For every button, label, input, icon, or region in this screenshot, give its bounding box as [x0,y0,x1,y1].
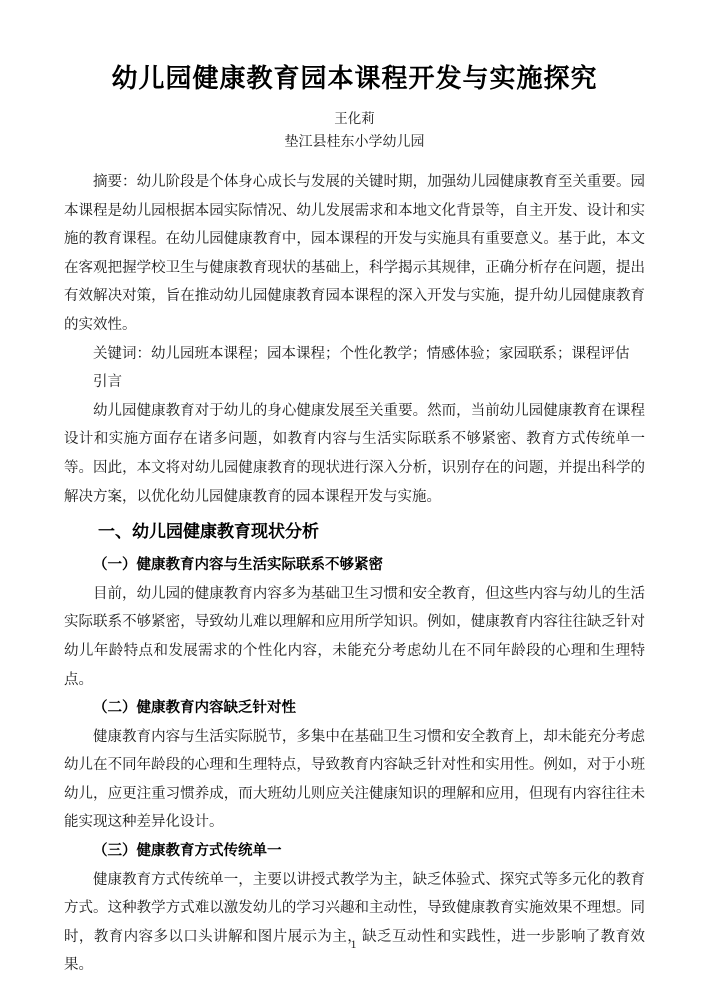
document-title: 幼儿园健康教育园本课程开发与实施探究 [64,60,645,98]
section-1-heading: 一、幼儿园健康教育现状分析 [64,516,645,548]
author-name: 王化莉 [64,108,645,130]
introduction-paragraph: 幼儿园健康教育对于幼儿的身心健康发展至关重要。然而，当前幼儿园健康教育在课程设计… [64,397,645,511]
keywords-line: 关键词：幼儿园班本课程；园本课程；个性化教学；情感体验；家园联系；课程评估 [64,340,645,369]
page-number: 1 [0,937,707,951]
subsection-1-1-paragraph: 目前，幼儿园的健康教育内容多为基础卫生习惯和安全教育，但这些内容与幼儿的生活实际… [64,580,645,694]
subsection-1-1-heading: （一）健康教育内容与生活实际联系不够紧密 [64,551,645,580]
author-affiliation: 垫江县桂东小学幼儿园 [64,132,645,154]
subsection-1-2-heading: （二）健康教育内容缺乏针对性 [64,694,645,723]
subsection-1-3-paragraph: 健康教育方式传统单一，主要以讲授式教学为主，缺乏体验式、探究式等多元化的教育方式… [64,866,645,980]
introduction-label: 引言 [64,368,645,397]
document-page: 幼儿园健康教育园本课程开发与实施探究 王化莉 垫江县桂东小学幼儿园 摘要：幼儿阶… [0,0,707,999]
subsection-1-3-heading: （三）健康教育方式传统单一 [64,837,645,866]
abstract-paragraph: 摘要：幼儿阶段是个体身心成长与发展的关键时期，加强幼儿园健康教育至关重要。园本课… [64,168,645,340]
subsection-1-2-paragraph: 健康教育内容与生活实际脱节，多集中在基础卫生习惯和安全教育上，却未能充分考虑幼儿… [64,723,645,837]
